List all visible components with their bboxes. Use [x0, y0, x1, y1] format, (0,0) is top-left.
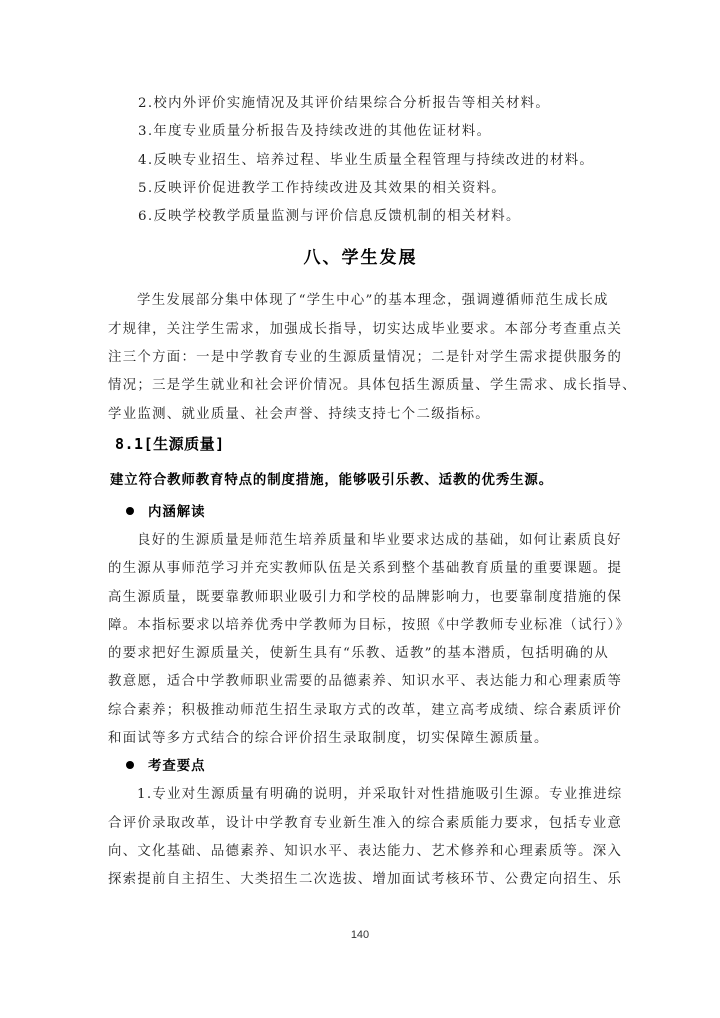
bullet-icon: [126, 507, 134, 515]
paragraph-line: 的要求把好生源质量关，使新生具有“乐教、适教”的基本潜质，包括明确的从: [108, 640, 613, 668]
list-item: 5.反映评价促进教学工作持续改进及其效果的相关资料。: [108, 175, 613, 203]
paragraph-line: 障。本指标要求以培养优秀中学教师为目标，按照《中学教师专业标准（试行）》: [108, 612, 613, 640]
paragraph-line: 高生源质量，既要靠教师职业吸引力和学校的品牌影响力，也要靠制度措施的保: [108, 584, 613, 612]
paragraph-line: 1.专业对生源质量有明确的说明，并采取针对性措施吸引生源。专业推进综: [108, 781, 613, 809]
list-item: 6.反映学校教学质量监测与评价信息反馈机制的相关材料。: [108, 203, 613, 231]
document-page: 2.校内外评价实施情况及其评价结果综合分析报告等相关材料。 3.年度专业质量分析…: [0, 0, 720, 1018]
bullet-heading-interpretation: 内涵解读: [108, 499, 613, 527]
list-item: 3.年度专业质量分析报告及持续改进的其他佐证材料。: [108, 118, 613, 146]
paragraph-line: 合评价录取改革，设计中学教育专业新生准入的综合素质能力要求，包括专业意: [108, 810, 613, 838]
materials-list: 2.校内外评价实施情况及其评价结果综合分析报告等相关材料。 3.年度专业质量分析…: [108, 90, 613, 231]
interpretation-paragraph: 良好的生源质量是师范生培养质量和毕业要求达成的基础，如何让素质良好 的生源从事师…: [108, 527, 613, 753]
paragraph-line: 学业监测、就业质量、社会声誉、持续支持七个二级指标。: [108, 401, 613, 429]
paragraph-line: 向、文化基础、品德素养、知识水平、表达能力、艺术修养和心理素质等。深入: [108, 838, 613, 866]
page-content: 2.校内外评价实施情况及其评价结果综合分析报告等相关材料。 3.年度专业质量分析…: [108, 90, 613, 895]
bullet-heading-key-points: 考查要点: [108, 753, 613, 781]
bullet-label: 考查要点: [148, 759, 206, 774]
paragraph-line: 教意愿，适合中学教师职业需要的品德素养、知识水平、表达能力和心理素质等: [108, 668, 613, 696]
list-item: 4.反映专业招生、培养过程、毕业生质量全程管理与持续改进的材料。: [108, 147, 613, 175]
key-points-paragraph: 1.专业对生源质量有明确的说明，并采取针对性措施吸引生源。专业推进综 合评价录取…: [108, 781, 613, 894]
intro-paragraph: 学生发展部分集中体现了“学生中心”的基本理念，强调遵循师范生成长成 才规律，关注…: [108, 287, 613, 428]
paragraph-line: 和面试等多方式结合的综合评价招生录取制度，切实保障生源质量。: [108, 725, 613, 753]
paragraph-line: 注三个方面：一是中学教育专业的生源质量情况；二是针对学生需求提供服务的: [108, 344, 613, 372]
bullet-icon: [126, 761, 134, 769]
standard-statement: 建立符合教师教育特点的制度措施，能够吸引乐教、适教的优秀生源。: [108, 467, 613, 495]
bullet-label: 内涵解读: [148, 505, 206, 520]
list-item: 2.校内外评价实施情况及其评价结果综合分析报告等相关材料。: [108, 90, 613, 118]
paragraph-line: 的生源从事师范学习并充实教师队伍是关系到整个基础教育质量的重要课题。提: [108, 555, 613, 583]
paragraph-line: 良好的生源质量是师范生培养质量和毕业要求达成的基础，如何让素质良好: [108, 527, 613, 555]
paragraph-line: 探索提前自主招生、大类招生二次选拔、增加面试考核环节、公费定向招生、乐: [108, 866, 613, 894]
paragraph-line: 综合素养；积极推动师范生招生录取方式的改革，建立高考成绩、综合素质评价: [108, 697, 613, 725]
paragraph-line: 才规律，关注学生需求，加强成长指导，切实达成毕业要求。本部分考查重点关: [108, 316, 613, 344]
section-title: 八、学生发展: [108, 243, 613, 273]
paragraph-line: 情况；三是学生就业和社会评价情况。具体包括生源质量、学生需求、成长指导、: [108, 372, 613, 400]
subsection-title: 8.1[生源质量]: [108, 429, 613, 459]
page-number: 140: [0, 929, 720, 941]
paragraph-line: 学生发展部分集中体现了“学生中心”的基本理念，强调遵循师范生成长成: [108, 287, 613, 315]
